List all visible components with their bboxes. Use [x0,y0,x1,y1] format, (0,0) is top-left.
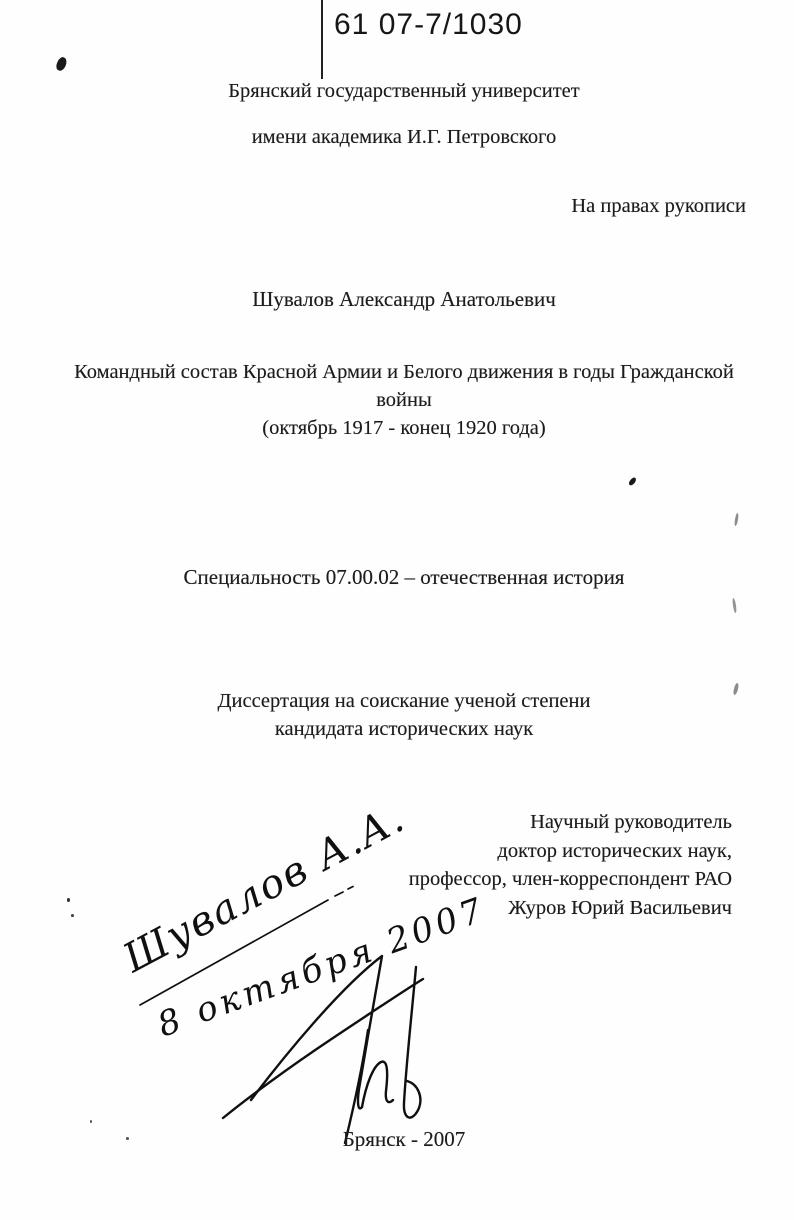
degree-statement: Диссертация на соискание ученой степени … [22,687,786,743]
scan-speck [734,513,739,526]
signature-underline-dashes [335,887,353,897]
university-affiliation: имени академика И.Г. Петровского [22,126,786,149]
title-line-3: (октябрь 1917 - конец 1920 года) [22,414,786,442]
handwritten-signature: Шувалов А.А. 8 октября 2007. [85,785,485,1145]
scan-speck [90,1120,92,1123]
manuscript-rights-note: На правах рукописи [571,195,746,218]
degree-line-1: Диссертация на соискание ученой степени [22,687,786,715]
specialty-line: Специальность 07.00.02 – отечественная и… [22,565,786,590]
degree-line-2: кандидата исторических наук [22,715,786,743]
university-name: Брянский государственный университет [22,80,786,103]
scan-speck [67,898,70,902]
scan-speck [71,914,74,917]
scan-speck [628,476,638,486]
title-line-1: Командный состав Красной Армии и Белого … [22,358,786,386]
catalog-number: 61 07-7/1030 [334,8,523,42]
scan-speck [54,56,68,72]
dissertation-title: Командный состав Красной Армии и Белого … [22,358,786,442]
catalog-divider-line [321,0,323,79]
scan-speck [126,1137,129,1140]
title-line-2: войны [22,386,786,414]
scanned-title-page: 61 07-7/1030 Брянский государственный ун… [0,0,794,1220]
scan-speck [732,598,737,613]
signature-flourish-humps [362,1062,393,1107]
author-name: Шувалов Александр Анатольевич [22,287,786,312]
city-year-footer: Брянск - 2007 [22,1127,786,1152]
